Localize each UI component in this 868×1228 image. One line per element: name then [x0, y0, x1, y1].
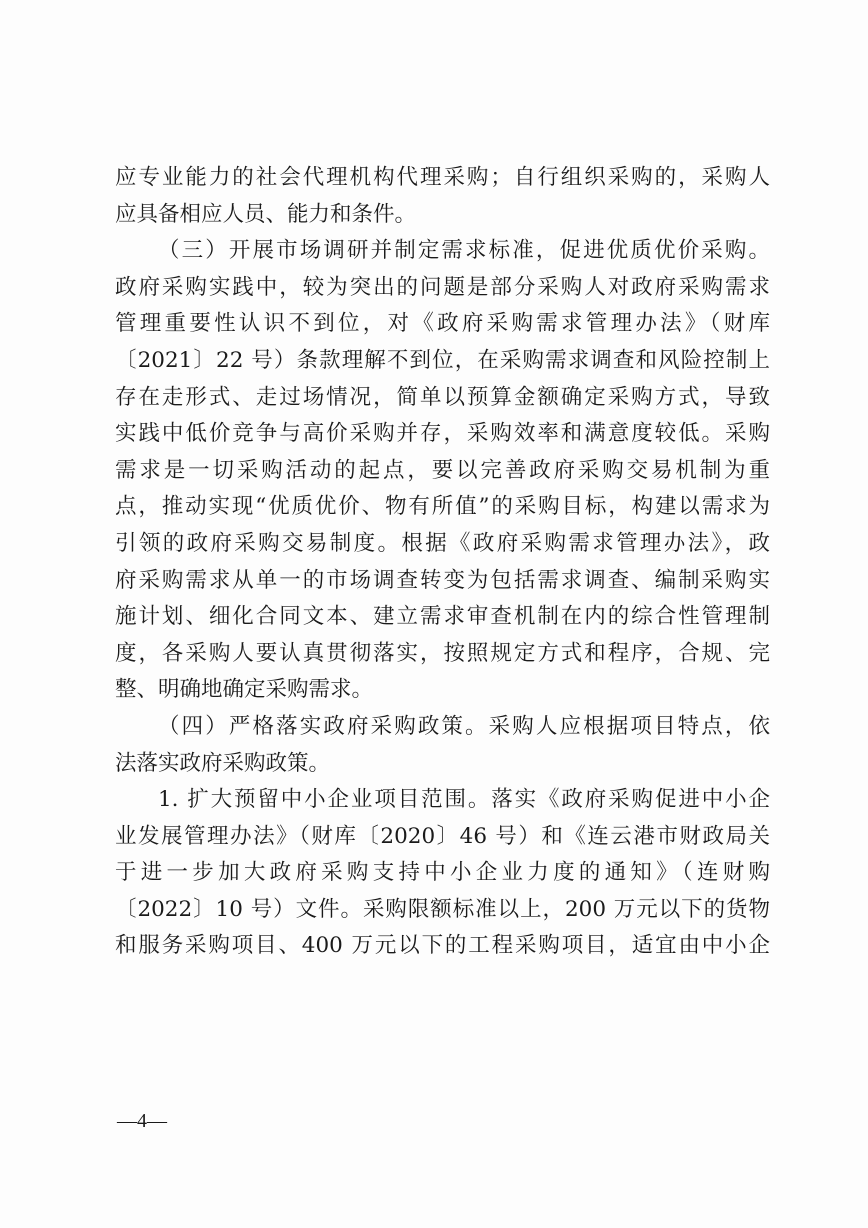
text-line: 政府采购实践中，较为突出的问题是部分采购人对政府采购需求 [115, 270, 770, 307]
text-line: 法落实政府采购政策。 [115, 746, 770, 783]
text-line: 需求是一切采购活动的起点，要以完善政府采购交易机制为重 [115, 453, 770, 490]
page-number: —4— [117, 1110, 167, 1133]
section-heading-4: （四）严格落实政府采购政策。采购人应根据项目特点，依 [115, 709, 770, 746]
text-line: 〔2022〕10 号）文件。采购限额标准以上，200 万元以下的货物 [115, 892, 770, 929]
text-line: 引领的政府采购交易制度。根据《政府采购需求管理办法》，政 [115, 526, 770, 563]
text-line: 存在走形式、走过场情况，简单以预算金额确定采购方式，导致 [115, 380, 770, 417]
text-line: 应具备相应人员、能力和条件。 [115, 197, 770, 234]
text-line: 管理重要性认识不到位，对《政府采购需求管理办法》（财库 [115, 306, 770, 343]
text-line: 业发展管理办法》（财库〔2020〕46 号）和《连云港市财政局关 [115, 819, 770, 856]
section-heading-3: （三）开展市场调研并制定需求标准，促进优质优价采购。 [115, 233, 770, 270]
text-line: 度，各采购人要认真贯彻落实，按照规定方式和程序，合规、完 [115, 636, 770, 673]
text-line: 点，推动实现“优质优价、物有所值”的采购目标，构建以需求为 [115, 489, 770, 526]
document-page: 应专业能力的社会代理机构代理采购；自行组织采购的，采购人 应具备相应人员、能力和… [0, 0, 868, 1228]
text-line: 和服务采购项目、400 万元以下的工程采购项目，适宜由中小企 [115, 928, 770, 965]
text-line: 应专业能力的社会代理机构代理采购；自行组织采购的，采购人 [115, 160, 770, 197]
text-line: 施计划、细化合同文本、建立需求审查机制在内的综合性管理制 [115, 599, 770, 636]
text-line: 于进一步加大政府采购支持中小企业力度的通知》（连财购 [115, 855, 770, 892]
text-line: 〔2021〕22 号）条款理解不到位，在采购需求调查和风险控制上 [115, 343, 770, 380]
text-line: 府采购需求从单一的市场调查转变为包括需求调查、编制采购实 [115, 563, 770, 600]
body-text: 应专业能力的社会代理机构代理采购；自行组织采购的，采购人 应具备相应人员、能力和… [115, 160, 770, 965]
text-line: 整、明确地确定采购需求。 [115, 672, 770, 709]
list-item-1: 1. 扩大预留中小企业项目范围。落实《政府采购促进中小企 [115, 782, 770, 819]
text-line: 实践中低价竞争与高价采购并存，采购效率和满意度较低。采购 [115, 416, 770, 453]
